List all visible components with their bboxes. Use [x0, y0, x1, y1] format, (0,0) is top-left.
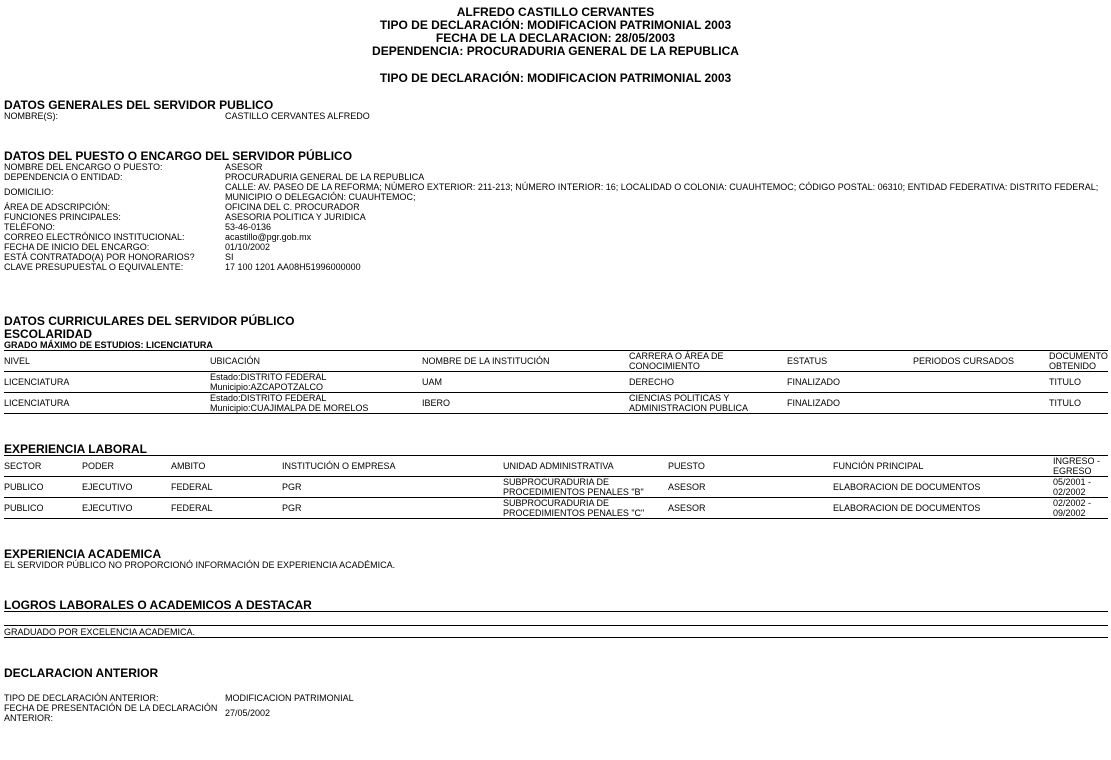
- cell-institucion: UAM: [422, 377, 442, 387]
- field-value: 27/05/2002: [225, 708, 270, 718]
- cell-ubicacion: Estado:DISTRITO FEDERAL: [210, 393, 326, 403]
- cell-unidad: SUBPROCURADURIA DE: [503, 498, 609, 508]
- field-value: SI: [225, 252, 234, 262]
- cell-ubicacion-municipio: Municipio:AZCAPOTZALCO: [210, 382, 323, 392]
- field-dependencia: DEPENDENCIA O ENTIDAD: PROCURADURIA GENE…: [4, 172, 1104, 182]
- cell-periodo: 02/2002 -: [1053, 498, 1091, 508]
- column-header: INGRESO -: [1053, 456, 1100, 466]
- column-header: NIVEL: [4, 356, 30, 366]
- column-header: PUESTO: [668, 461, 705, 471]
- field-value: ASESORIA POLITICA Y JURIDICA: [225, 212, 366, 222]
- column-header: FUNCIÓN PRINCIPAL: [833, 461, 923, 471]
- cell-unidad: SUBPROCURADURIA DE: [503, 477, 609, 487]
- field-value: 17 100 1201 AA08H51996000000: [225, 262, 361, 272]
- field-label: DEPENDENCIA O ENTIDAD:: [4, 172, 123, 182]
- cell-ambito: FEDERAL: [171, 482, 213, 492]
- column-header: SECTOR: [4, 461, 41, 471]
- experiencia-academica-text: EL SERVIDOR PÚBLICO NO PROPORCIONÓ INFOR…: [4, 560, 395, 570]
- cell-nivel: LICENCIATURA: [4, 377, 69, 387]
- field-label: FUNCIONES PRINCIPALES:: [4, 212, 121, 222]
- column-header: NOMBRE DE LA INSTITUCIÓN: [422, 356, 550, 366]
- dependency: DEPENDENCIA: PROCURADURIA GENERAL DE LA …: [0, 45, 1111, 58]
- field-value: PROCURADURIA GENERAL DE LA REPUBLICA: [225, 172, 424, 182]
- cell-estatus: FINALIZADO: [787, 398, 840, 408]
- cell-sector: PUBLICO: [4, 503, 44, 513]
- column-header-line2: EGRESO: [1053, 466, 1092, 476]
- field-label: TELÉFONO:: [4, 222, 55, 232]
- cell-documento: TITULO: [1049, 398, 1081, 408]
- cell-puesto: ASESOR: [668, 482, 706, 492]
- column-header: PERIODOS CURSADOS: [913, 356, 1014, 366]
- divider: [4, 637, 1108, 638]
- cell-documento: TITULO: [1049, 377, 1081, 387]
- divider: [4, 518, 1108, 519]
- field-value-line2: MUNICIPIO O DELEGACIÓN: CUAUHTEMOC;: [225, 192, 416, 202]
- cell-puesto: ASESOR: [668, 503, 706, 513]
- field-label: NOMBRE DEL ENCARGO O PUESTO:: [4, 162, 163, 172]
- column-header: AMBITO: [171, 461, 205, 471]
- section-title-declaracion-anterior: DECLARACION ANTERIOR: [4, 667, 158, 680]
- field-value: OFICINA DEL C. PROCURADOR: [225, 202, 360, 212]
- table-header-experiencia: SECTOR PODER AMBITO INSTITUCIÓN O EMPRES…: [4, 456, 1108, 476]
- field-area: ÁREA DE ADSCRIPCIÓN: OFICINA DEL C. PROC…: [4, 202, 1104, 212]
- divider: [4, 611, 1108, 612]
- field-value: CALLE: AV. PASEO DE LA REFORMA; NÚMERO E…: [225, 182, 1098, 192]
- field-fecha-inicio: FECHA DE INICIO DEL ENCARGO: 01/10/2002: [4, 242, 1104, 252]
- cell-funcion: ELABORACION DE DOCUMENTOS: [833, 482, 980, 492]
- grado-maximo: GRADO MÁXIMO DE ESTUDIOS: LICENCIATURA: [4, 340, 213, 350]
- field-honorarios: ESTÁ CONTRATADO(A) POR HONORARIOS? SI: [4, 252, 1104, 262]
- cell-unidad-line2: PROCEDIMIENTOS PENALES "C": [503, 508, 644, 518]
- field-funciones: FUNCIONES PRINCIPALES: ASESORIA POLITICA…: [4, 212, 1104, 222]
- table-row: PUBLICO EJECUTIVO FEDERAL PGR SUBPROCURA…: [4, 498, 1108, 518]
- cell-institucion: PGR: [282, 503, 302, 513]
- column-header: UBICACIÓN: [210, 356, 260, 366]
- divider: [4, 625, 1108, 626]
- field-fecha-anterior: FECHA DE PRESENTACIÓN DE LA DECLARACIÓN …: [4, 703, 1104, 723]
- cell-periodo: 05/2001 -: [1053, 477, 1091, 487]
- field-label: CORREO ELECTRÓNICO INSTITUCIONAL:: [4, 232, 185, 242]
- field-value: CASTILLO CERVANTES ALFREDO: [225, 111, 370, 121]
- cell-poder: EJECUTIVO: [82, 482, 133, 492]
- table-header-escolaridad: NIVEL UBICACIÓN NOMBRE DE LA INSTITUCIÓN…: [4, 351, 1108, 371]
- column-header: PODER: [82, 461, 114, 471]
- field-value: acastillo@pgr.gob.mx: [225, 232, 311, 242]
- cell-carrera: CIENCIAS POLITICAS Y: [629, 393, 729, 403]
- field-correo: CORREO ELECTRÓNICO INSTITUCIONAL: acasti…: [4, 232, 1104, 242]
- cell-estatus: FINALIZADO: [787, 377, 840, 387]
- column-header: UNIDAD ADMINISTRATIVA: [503, 461, 614, 471]
- cell-carrera-line2: ADMINISTRACION PUBLICA: [629, 403, 748, 413]
- cell-carrera: DERECHO: [629, 377, 674, 387]
- table-row: PUBLICO EJECUTIVO FEDERAL PGR SUBPROCURA…: [4, 477, 1108, 497]
- field-value: MODIFICACION PATRIMONIAL: [225, 693, 354, 703]
- cell-periodo-line2: 02/2002: [1053, 487, 1086, 497]
- table-row: LICENCIATURA Estado:DISTRITO FEDERAL Mun…: [4, 372, 1108, 392]
- column-header: DOCUMENTO OBTENIDO: [1049, 351, 1109, 371]
- cell-ambito: FEDERAL: [171, 503, 213, 513]
- field-label: FECHA DE INICIO DEL ENCARGO:: [4, 242, 149, 252]
- field-value: 01/10/2002: [225, 242, 270, 252]
- column-header: CARRERA O ÁREA DE CONOCIMIENTO: [629, 351, 739, 371]
- cell-sector: PUBLICO: [4, 482, 44, 492]
- column-header: INSTITUCIÓN O EMPRESA: [282, 461, 396, 471]
- field-label: ESTÁ CONTRATADO(A) POR HONORARIOS?: [4, 252, 195, 262]
- field-domicilio: DOMICILIO: CALLE: AV. PASEO DE LA REFORM…: [4, 182, 1108, 202]
- field-nombre: NOMBRE(S): CASTILLO CERVANTES ALFREDO: [4, 111, 1104, 121]
- column-header: ESTATUS: [787, 356, 827, 366]
- cell-poder: EJECUTIVO: [82, 503, 133, 513]
- field-label: DOMICILIO:: [4, 187, 54, 197]
- cell-periodo-line2: 09/2002: [1053, 508, 1086, 518]
- field-label: TIPO DE DECLARACIÓN ANTERIOR:: [4, 693, 159, 703]
- divider: [4, 413, 1108, 414]
- cell-funcion: ELABORACION DE DOCUMENTOS: [833, 503, 980, 513]
- logros-text: GRADUADO POR EXCELENCIA ACADEMICA.: [4, 627, 195, 637]
- field-tipo-anterior: TIPO DE DECLARACIÓN ANTERIOR: MODIFICACI…: [4, 693, 1104, 703]
- field-label: NOMBRE(S):: [4, 111, 58, 121]
- field-value: 53-46-0136: [225, 222, 271, 232]
- declaration-type-repeat: TIPO DE DECLARACIÓN: MODIFICACION PATRIM…: [0, 72, 1111, 85]
- field-label: FECHA DE PRESENTACIÓN DE LA DECLARACIÓN: [4, 703, 217, 713]
- cell-institucion: IBERO: [422, 398, 450, 408]
- cell-institucion: PGR: [282, 482, 302, 492]
- cell-nivel: LICENCIATURA: [4, 398, 69, 408]
- field-encargo: NOMBRE DEL ENCARGO O PUESTO: ASESOR: [4, 162, 1104, 172]
- field-telefono: TELÉFONO: 53-46-0136: [4, 222, 1104, 232]
- field-label-line2: ANTERIOR:: [4, 713, 53, 723]
- cell-ubicacion: Estado:DISTRITO FEDERAL: [210, 372, 326, 382]
- table-row: LICENCIATURA Estado:DISTRITO FEDERAL Mun…: [4, 393, 1108, 413]
- field-clave: CLAVE PRESUPUESTAL O EQUIVALENTE: 17 100…: [4, 262, 1104, 272]
- field-value: ASESOR: [225, 162, 263, 172]
- cell-ubicacion-municipio: Municipio:CUAJIMALPA DE MORELOS: [210, 403, 368, 413]
- cell-unidad-line2: PROCEDIMIENTOS PENALES "B": [503, 487, 644, 497]
- field-label: ÁREA DE ADSCRIPCIÓN:: [4, 202, 110, 212]
- field-label: CLAVE PRESUPUESTAL O EQUIVALENTE:: [4, 262, 183, 272]
